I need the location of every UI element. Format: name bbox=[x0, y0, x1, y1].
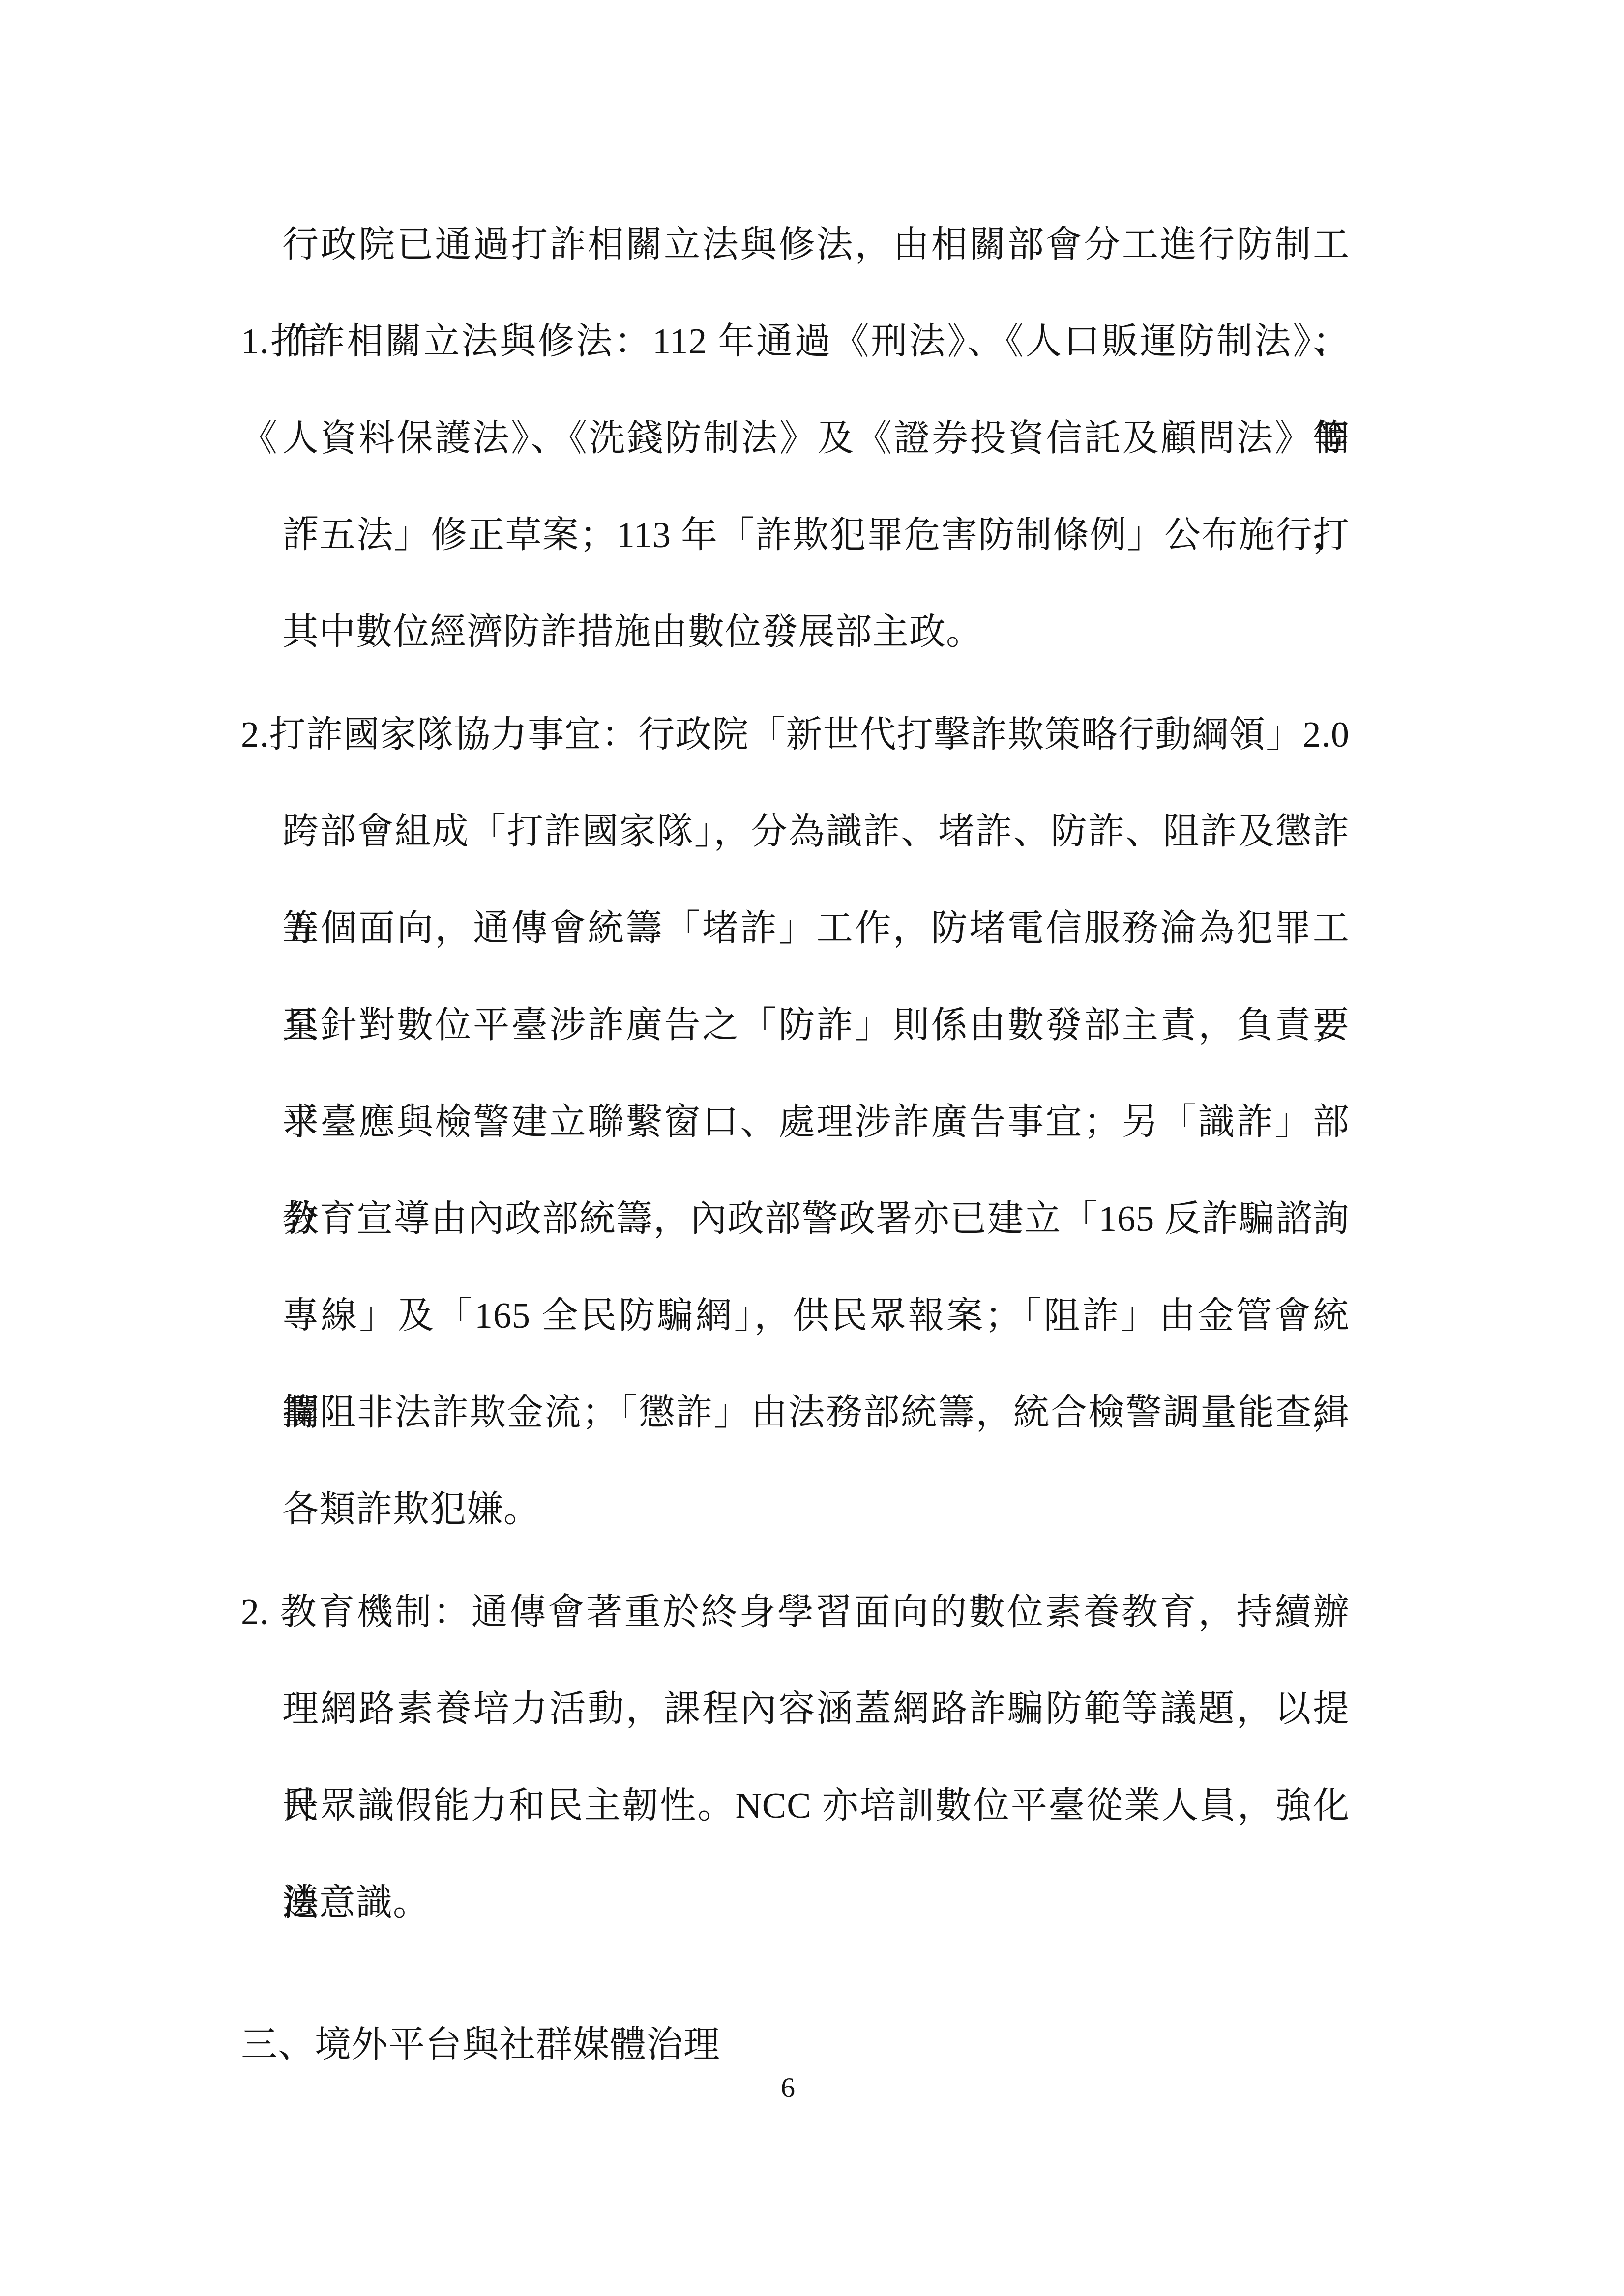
list-item-2-line-1: 2.打詐國家隊協力事宜：行政院「新世代打擊詐欺策略行動綱領」2.0 bbox=[241, 687, 1350, 784]
document-body: 行政院已通過打詐相關立法與修法，由相關部會分工進行防制工作： 1.打詐相關立法與… bbox=[241, 197, 1350, 2093]
list-item-education-line-1: 2. 教育機制：通傳會著重於終身學習面向的數位素養教育，持續辦 bbox=[241, 1564, 1350, 1661]
list-item-1-line-1: 1.打詐相關立法與修法：112 年通過《刑法》、《人口販運防制法》、《個 bbox=[241, 293, 1350, 390]
list-item-2-line-2: 跨部會組成「打詐國家隊」，分為識詐、堵詐、防詐、阻詐及懲詐等 bbox=[241, 784, 1350, 880]
list-item-1-line-2: 人資料保護法》、《洗錢防制法》及《證券投資信託及顧問法》等「打 bbox=[241, 390, 1350, 487]
list-item-2-line-5: 平臺應與檢警建立聯繫窗口、處理涉詐廣告事宜；另「識詐」部分 bbox=[241, 1074, 1350, 1171]
list-item-1-line-3: 詐五法」修正草案；113 年「詐欺犯罪危害防制條例」公布施行， bbox=[241, 487, 1350, 584]
list-item-education-line-4: 遵意識。 bbox=[241, 1855, 1350, 1951]
list-item-2-line-7: 專線」及「165 全民防騙網」，供民眾報案；「阻詐」由金管會統籌， bbox=[241, 1268, 1350, 1365]
list-item-2-line-6: 教育宣導由內政部統籌，內政部警政署亦已建立「165 反詐騙諮詢 bbox=[241, 1171, 1350, 1268]
list-item-education-line-2: 理網路素養培力活動，課程內容涵蓋網路詐騙防範等議題，以提升 bbox=[241, 1661, 1350, 1758]
list-item-education-line-3: 民眾識假能力和民主韌性。NCC 亦培訓數位平臺從業人員，強化法 bbox=[241, 1758, 1350, 1855]
list-item-1-line-4: 其中數位經濟防詐措施由數位發展部主政。 bbox=[241, 584, 1350, 681]
list-item-2-line-8: 攔阻非法詐欺金流；「懲詐」由法務部統籌，統合檢警調量能查緝 bbox=[241, 1365, 1350, 1461]
intro-paragraph-line: 行政院已通過打詐相關立法與修法，由相關部會分工進行防制工作： bbox=[241, 197, 1350, 293]
document-page: 行政院已通過打詐相關立法與修法，由相關部會分工進行防制工作： 1.打詐相關立法與… bbox=[0, 0, 1624, 2296]
section-heading: 三、境外平台與社群媒體治理 bbox=[241, 1997, 1350, 2093]
list-item-2-line-9: 各類詐欺犯嫌。 bbox=[241, 1461, 1350, 1558]
list-item-2-line-4: 至針對數位平臺涉詐廣告之「防詐」則係由數發部主責，負責要求 bbox=[241, 977, 1350, 1074]
list-item-2-line-3: 五個面向，通傳會統籌「堵詐」工作，防堵電信服務淪為犯罪工具； bbox=[241, 880, 1350, 977]
page-number: 6 bbox=[781, 2073, 795, 2102]
